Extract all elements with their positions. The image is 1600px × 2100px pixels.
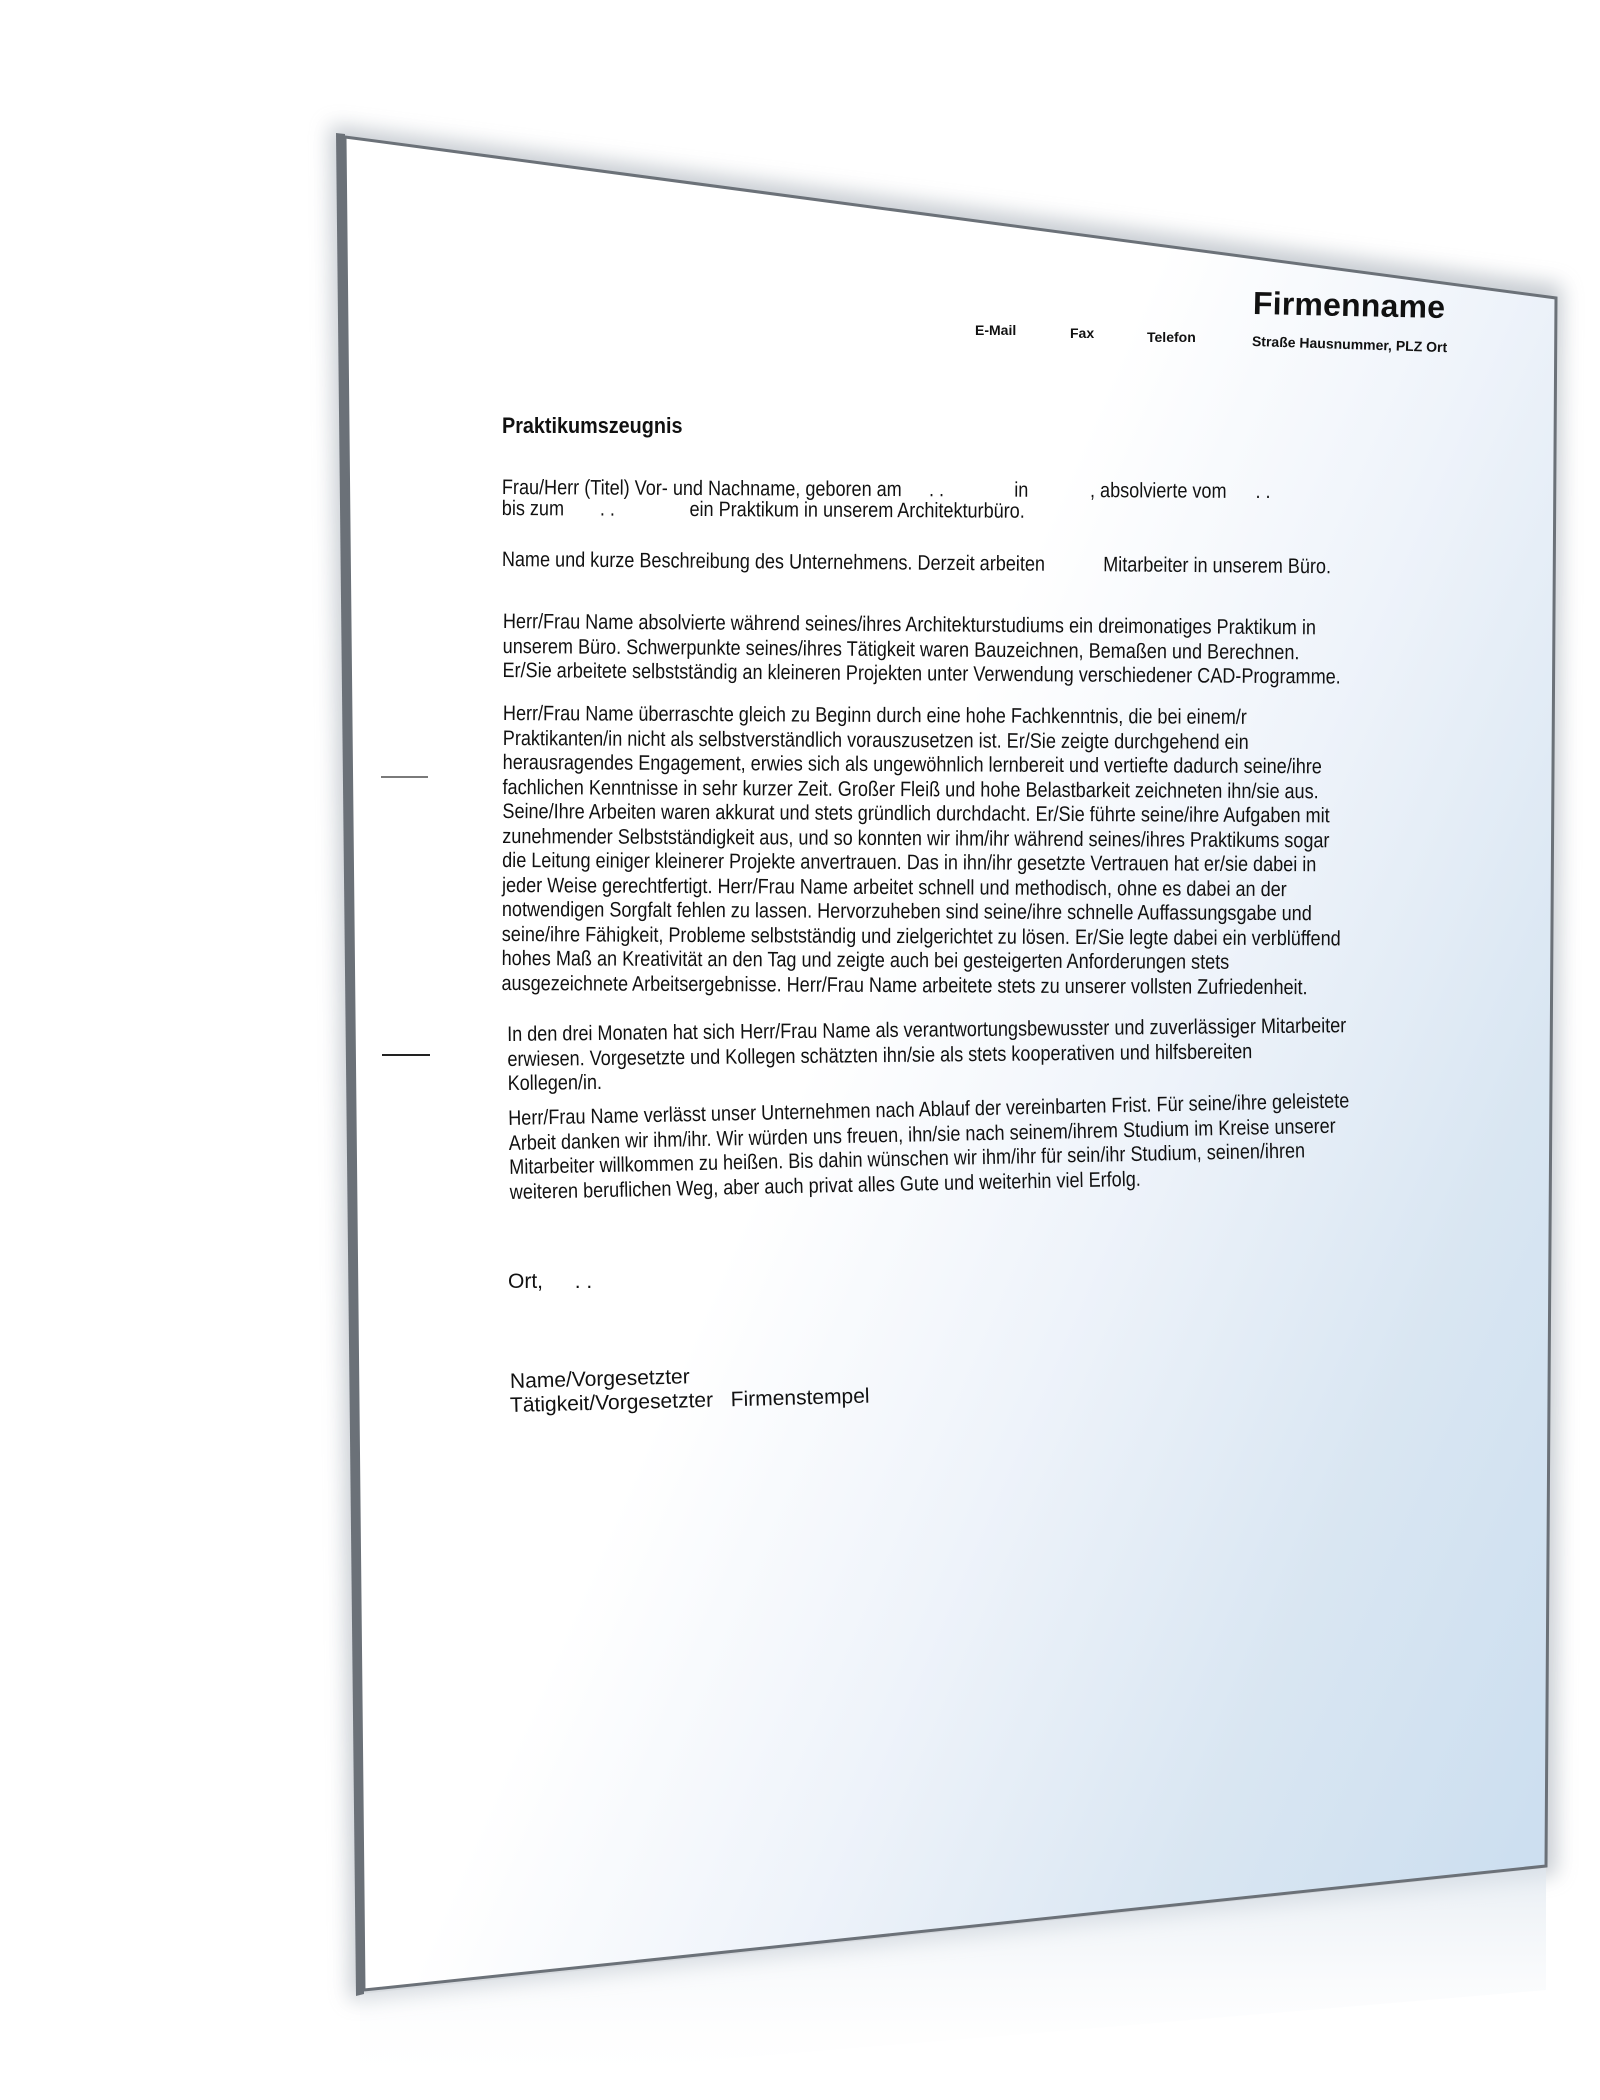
company-stamp: Firmenstempel [730,1385,869,1412]
intro-text-3: bis zum [502,496,564,519]
document-content: Firmenname E-Mail Fax Telefon Straße Hau… [0,0,1600,2100]
paragraph-tasks: Herr/Frau Name absolvierte während seine… [502,610,1477,691]
fax-label: Fax [1070,325,1094,341]
employee-count-text: Mitarbeiter in unserem Büro. [1103,553,1331,578]
paragraph-closing: Herr/Frau Name verlässt unser Unternehme… [508,1087,1488,1205]
place-label: Ort, [508,1270,543,1293]
paragraph-performance: Herr/Frau Name überraschte gleich zu Beg… [501,702,1478,1001]
place-date: Ort, . . [508,1270,592,1294]
fold-mark-top [381,776,428,778]
intro-paragraph: Frau/Herr (Titel) Vor- und Nachname, geb… [502,476,1396,526]
company-name: Firmenname [1253,285,1446,326]
paragraph-conduct: In den drei Monaten hat sich Herr/Frau N… [507,1013,1484,1097]
date-placeholder: . . [575,1270,593,1293]
company-description: Name und kurze Beschreibung des Unterneh… [502,548,1466,581]
intro-text-4: ein Praktikum in unserem Architekturbüro… [689,497,1024,522]
company-address: Straße Hausnummer, PLZ Ort [1252,333,1448,355]
signature-role: Tätigkeit/Vorgesetzter [510,1389,714,1417]
paragraph-line: Er/Sie arbeitete selbstständig an kleine… [502,659,1340,690]
fold-mark-bottom [382,1054,430,1056]
company-desc-text: Name und kurze Beschreibung des Unterneh… [502,548,1045,576]
end-date-placeholder: . . [600,497,615,520]
paragraph-line: ausgezeichnete Arbeitsergebnisse. Herr/F… [501,971,1340,1000]
email-label: E-Mail [975,322,1016,338]
phone-label: Telefon [1147,329,1196,345]
document-title: Praktikumszeugnis [502,413,682,439]
